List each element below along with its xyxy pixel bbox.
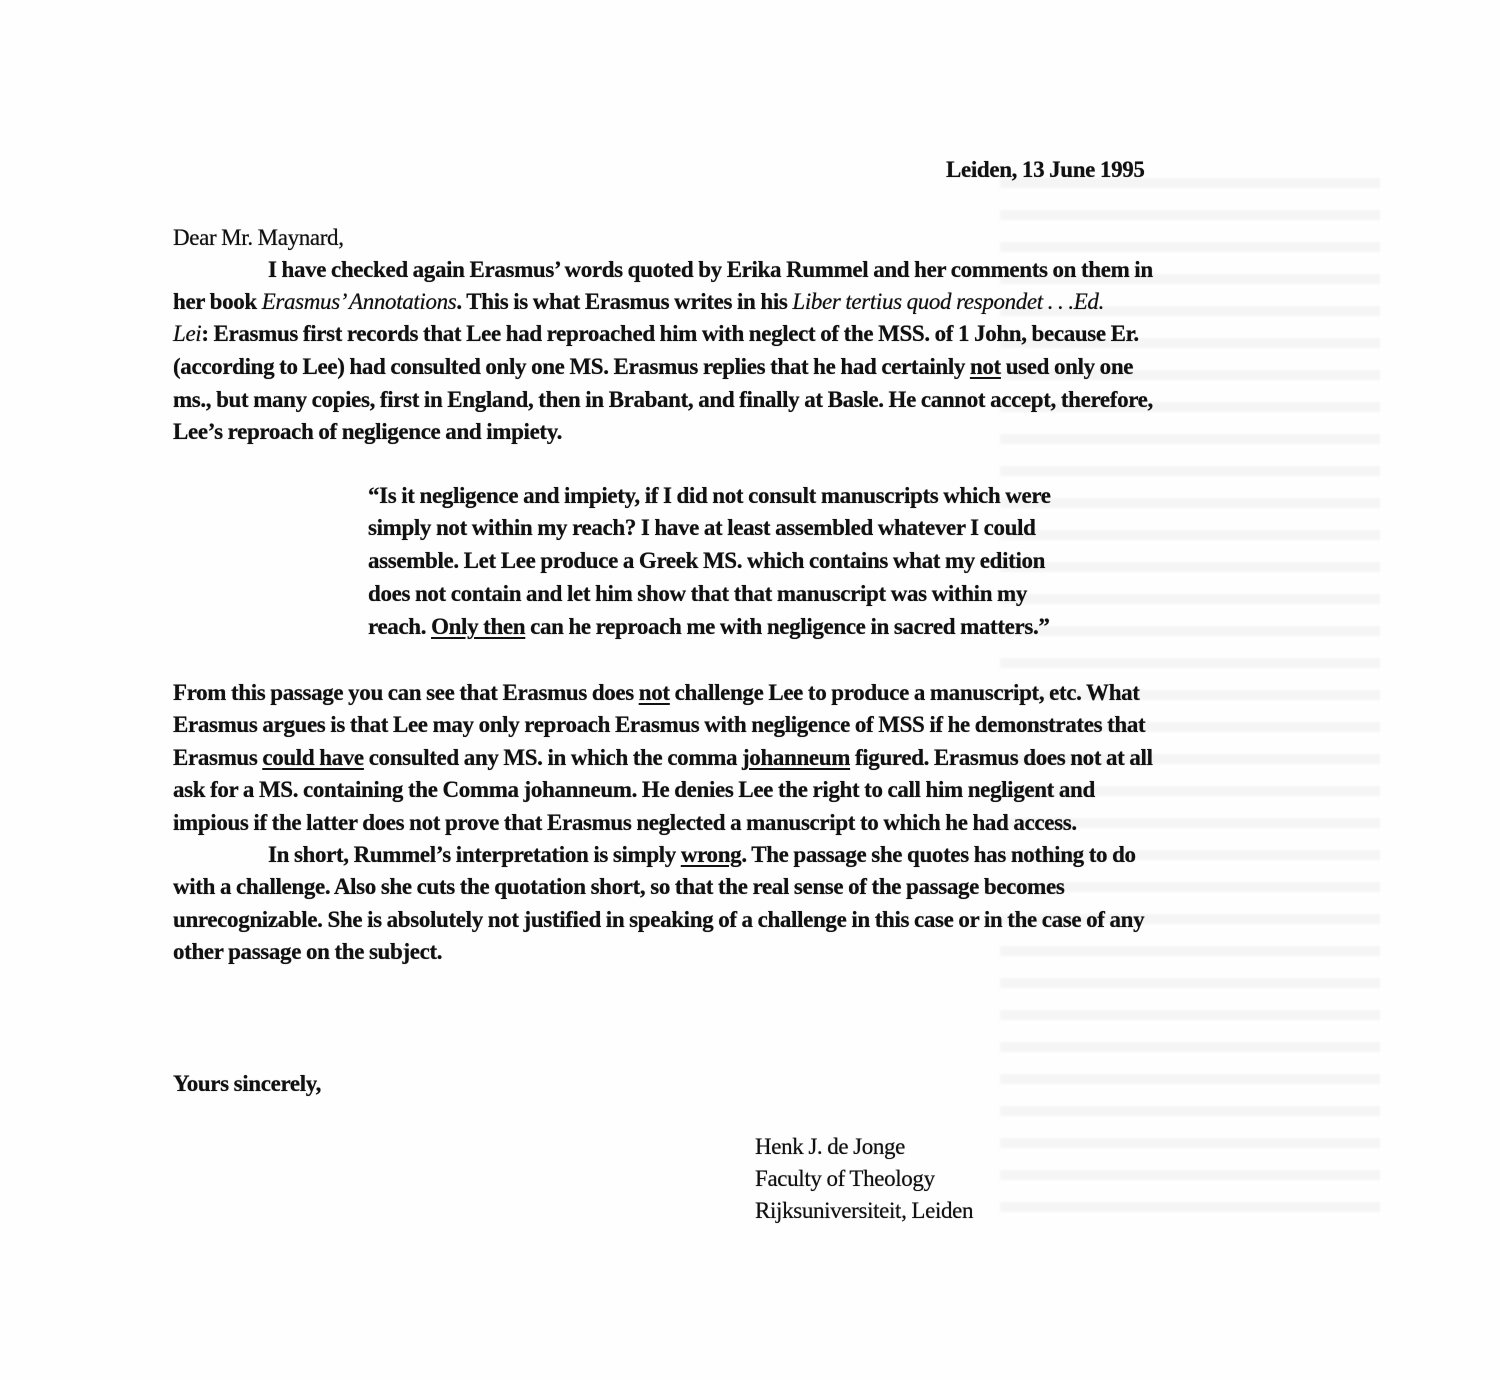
quotation-line-3: assemble. Let Lee produce a Greek MS. wh… [368,547,1045,575]
underlined-emphasis: not [639,680,670,705]
text: can he reproach me with negligence in sa… [525,614,1049,639]
scanned-letter-page: Leiden, 13 June 1995 Dear Mr. Maynard, I… [0,0,1500,1380]
signature-department: Faculty of Theology [755,1165,935,1193]
text: . This is what Erasmus writes in his [456,289,792,314]
paragraph-2-line-3: Erasmus could have consulted any MS. in … [173,744,1153,772]
paragraph-2-line-1: From this passage you can see that Erasm… [173,679,1140,707]
text: In short, Rummel’s interpretation is sim… [268,842,681,867]
signature-institution: Rijksuniversiteit, Leiden [755,1197,973,1225]
text: (according to Lee) had consulted only on… [173,354,970,379]
paragraph-1-line-1: I have checked again Erasmus’ words quot… [268,256,1153,284]
text: challenge Lee to produce a manuscript, e… [670,680,1140,705]
paragraph-3-line-1: In short, Rummel’s interpretation is sim… [268,841,1136,869]
quotation-line-5: reach. Only then can he reproach me with… [368,613,1050,641]
text: . The passage she quotes has nothing to … [741,842,1135,867]
paragraph-2-line-2: Erasmus argues is that Lee may only repr… [173,711,1145,739]
text: used only one [1001,354,1133,379]
paragraph-1-line-5: ms., but many copies, first in England, … [173,386,1153,414]
paragraph-2-line-5: impious if the latter does not prove tha… [173,809,1077,837]
paragraph-1-line-4: (according to Lee) had consulted only on… [173,353,1133,381]
text: From this passage you can see that Erasm… [173,680,639,705]
work-title-italic: Lei [173,321,201,346]
quotation-line-1: “Is it negligence and impiety, if I did … [368,482,1051,510]
paragraph-2-line-4: ask for a MS. containing the Comma johan… [173,776,1095,804]
underlined-emphasis: could have [262,745,363,770]
paragraph-1-line-2: her book Erasmus’ Annotations. This is w… [173,288,1104,316]
work-title-italic: Liber tertius quod respondet . . .Ed. [792,289,1104,314]
quotation-line-4: does not contain and let him show that t… [368,580,1027,608]
underlined-emphasis: not [970,354,1001,379]
text: figured. Erasmus does not at all [850,745,1153,770]
text: : Erasmus first records that Lee had rep… [201,321,1138,346]
quotation-line-2: simply not within my reach? I have at le… [368,514,1036,542]
paragraph-3-line-2: with a challenge. Also she cuts the quot… [173,873,1064,901]
paragraph-1-line-6: Lee’s reproach of negligence and impiety… [173,418,562,446]
underlined-emphasis: Only then [431,614,525,639]
closing: Yours sincerely, [173,1070,321,1098]
text: reach. [368,614,431,639]
paragraph-1-line-3: Lei: Erasmus first records that Lee had … [173,320,1139,348]
text: her book [173,289,262,314]
book-title-italic: Erasmus’ Annotations [262,289,457,314]
underlined-emphasis: wrong [681,842,741,867]
paragraph-3-line-4: other passage on the subject. [173,938,442,966]
dateline: Leiden, 13 June 1995 [946,156,1145,184]
signature-name: Henk J. de Jonge [755,1133,905,1161]
underlined-emphasis: johanneum [742,745,850,770]
text: consulted any MS. in which the comma [364,745,742,770]
paragraph-3-line-3: unrecognizable. She is absolutely not ju… [173,906,1144,934]
text: Erasmus [173,745,262,770]
salutation: Dear Mr. Maynard, [173,224,344,252]
